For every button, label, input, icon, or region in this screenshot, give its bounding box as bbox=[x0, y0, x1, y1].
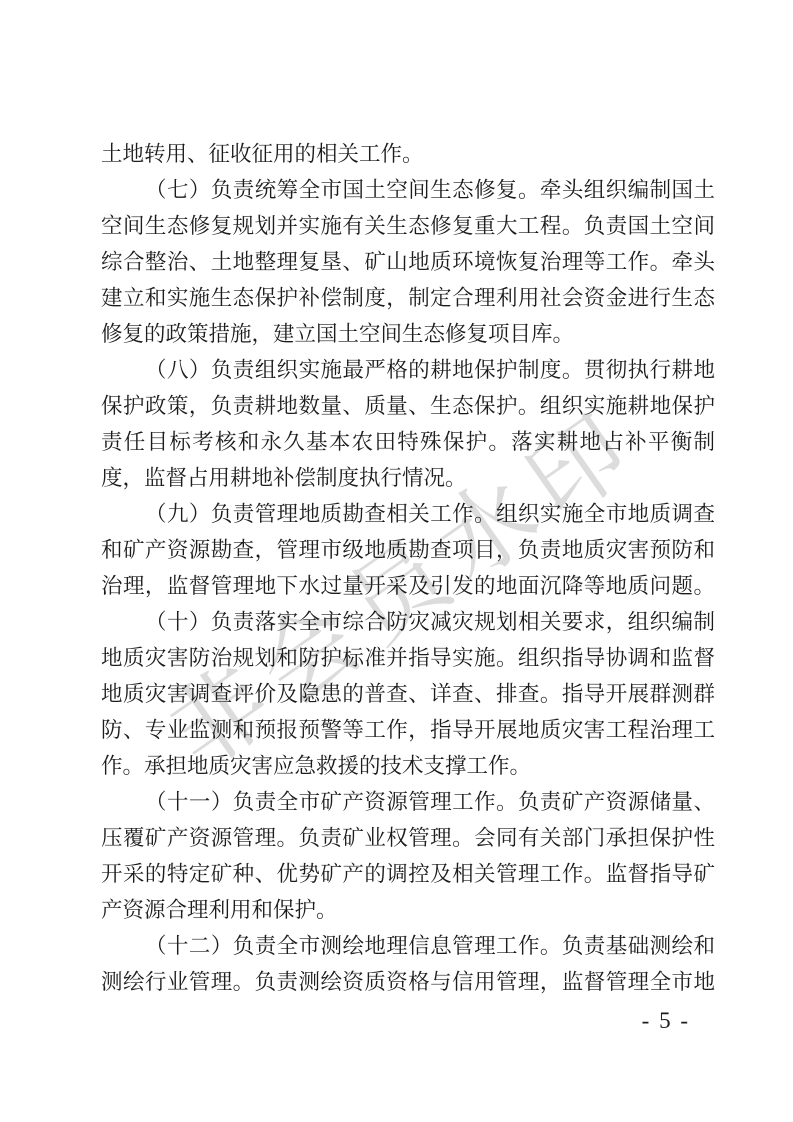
text-line: （十二）负责全市测绘地理信息管理工作。负责基础测绘和 bbox=[101, 928, 715, 964]
text-line: 地质灾害防治规划和防护标准并指导实施。组织指导协调和监督 bbox=[101, 640, 715, 676]
text-line: 和矿产资源勘查，管理市级地质勘查项目，负责地质灾害预防和 bbox=[101, 532, 715, 568]
text-line: 压覆矿产资源管理。负责矿业权管理。会同有关部门承担保护性 bbox=[101, 820, 715, 856]
document-page: 非会员水印 土地转用、征收征用的相关工作。（七）负责统筹全市国土空间生态修复。牵… bbox=[0, 0, 793, 1122]
text-line: 作。承担地质灾害应急救援的技术支撑工作。 bbox=[101, 748, 715, 784]
text-line: 建立和实施生态保护补偿制度，制定合理利用社会资金进行生态 bbox=[101, 280, 715, 316]
text-line: （八）负责组织实施最严格的耕地保护制度。贯彻执行耕地 bbox=[101, 352, 715, 388]
paragraph: （七）负责统筹全市国土空间生态修复。牵头组织编制国土空间生态修复规划并实施有关生… bbox=[101, 172, 715, 352]
text-line: 度，监督占用耕地补偿制度执行情况。 bbox=[101, 460, 715, 496]
text-line: （十一）负责全市矿产资源管理工作。负责矿产资源储量、 bbox=[101, 784, 715, 820]
paragraph: （十二）负责全市测绘地理信息管理工作。负责基础测绘和测绘行业管理。负责测绘资质资… bbox=[101, 928, 715, 1000]
paragraph: （十）负责落实全市综合防灾减灾规划相关要求，组织编制地质灾害防治规划和防护标准并… bbox=[101, 604, 715, 784]
text-line: 责任目标考核和永久基本农田特殊保护。落实耕地占补平衡制 bbox=[101, 424, 715, 460]
page-number: - 5 - bbox=[0, 1008, 690, 1034]
text-line: 防、专业监测和预报预警等工作，指导开展地质灾害工程治理工 bbox=[101, 712, 715, 748]
text-line: （九）负责管理地质勘查相关工作。组织实施全市地质调查 bbox=[101, 496, 715, 532]
text-line: 测绘行业管理。负责测绘资质资格与信用管理，监督管理全市地 bbox=[101, 964, 715, 1000]
text-line: 保护政策，负责耕地数量、质量、生态保护。组织实施耕地保护 bbox=[101, 388, 715, 424]
text-line: （七）负责统筹全市国土空间生态修复。牵头组织编制国土 bbox=[101, 172, 715, 208]
text-line: 开采的特定矿种、优势矿产的调控及相关管理工作。监督指导矿 bbox=[101, 856, 715, 892]
text-line: 土地转用、征收征用的相关工作。 bbox=[101, 136, 715, 172]
text-line: （十）负责落实全市综合防灾减灾规划相关要求，组织编制 bbox=[101, 604, 715, 640]
text-line: 产资源合理利用和保护。 bbox=[101, 892, 715, 928]
paragraph: （八）负责组织实施最严格的耕地保护制度。贯彻执行耕地保护政策，负责耕地数量、质量… bbox=[101, 352, 715, 496]
paragraph: （十一）负责全市矿产资源管理工作。负责矿产资源储量、压覆矿产资源管理。负责矿业权… bbox=[101, 784, 715, 928]
text-line: 修复的政策措施，建立国土空间生态修复项目库。 bbox=[101, 316, 715, 352]
paragraph: （九）负责管理地质勘查相关工作。组织实施全市地质调查和矿产资源勘查，管理市级地质… bbox=[101, 496, 715, 604]
text-line: 空间生态修复规划并实施有关生态修复重大工程。负责国土空间 bbox=[101, 208, 715, 244]
text-line: 地质灾害调查评价及隐患的普查、详查、排查。指导开展群测群 bbox=[101, 676, 715, 712]
paragraph: 土地转用、征收征用的相关工作。 bbox=[101, 136, 715, 172]
text-line: 治理，监督管理地下水过量开采及引发的地面沉降等地质问题。 bbox=[101, 568, 715, 604]
document-body: 土地转用、征收征用的相关工作。（七）负责统筹全市国土空间生态修复。牵头组织编制国… bbox=[101, 136, 715, 1000]
text-line: 综合整治、土地整理复垦、矿山地质环境恢复治理等工作。牵头 bbox=[101, 244, 715, 280]
